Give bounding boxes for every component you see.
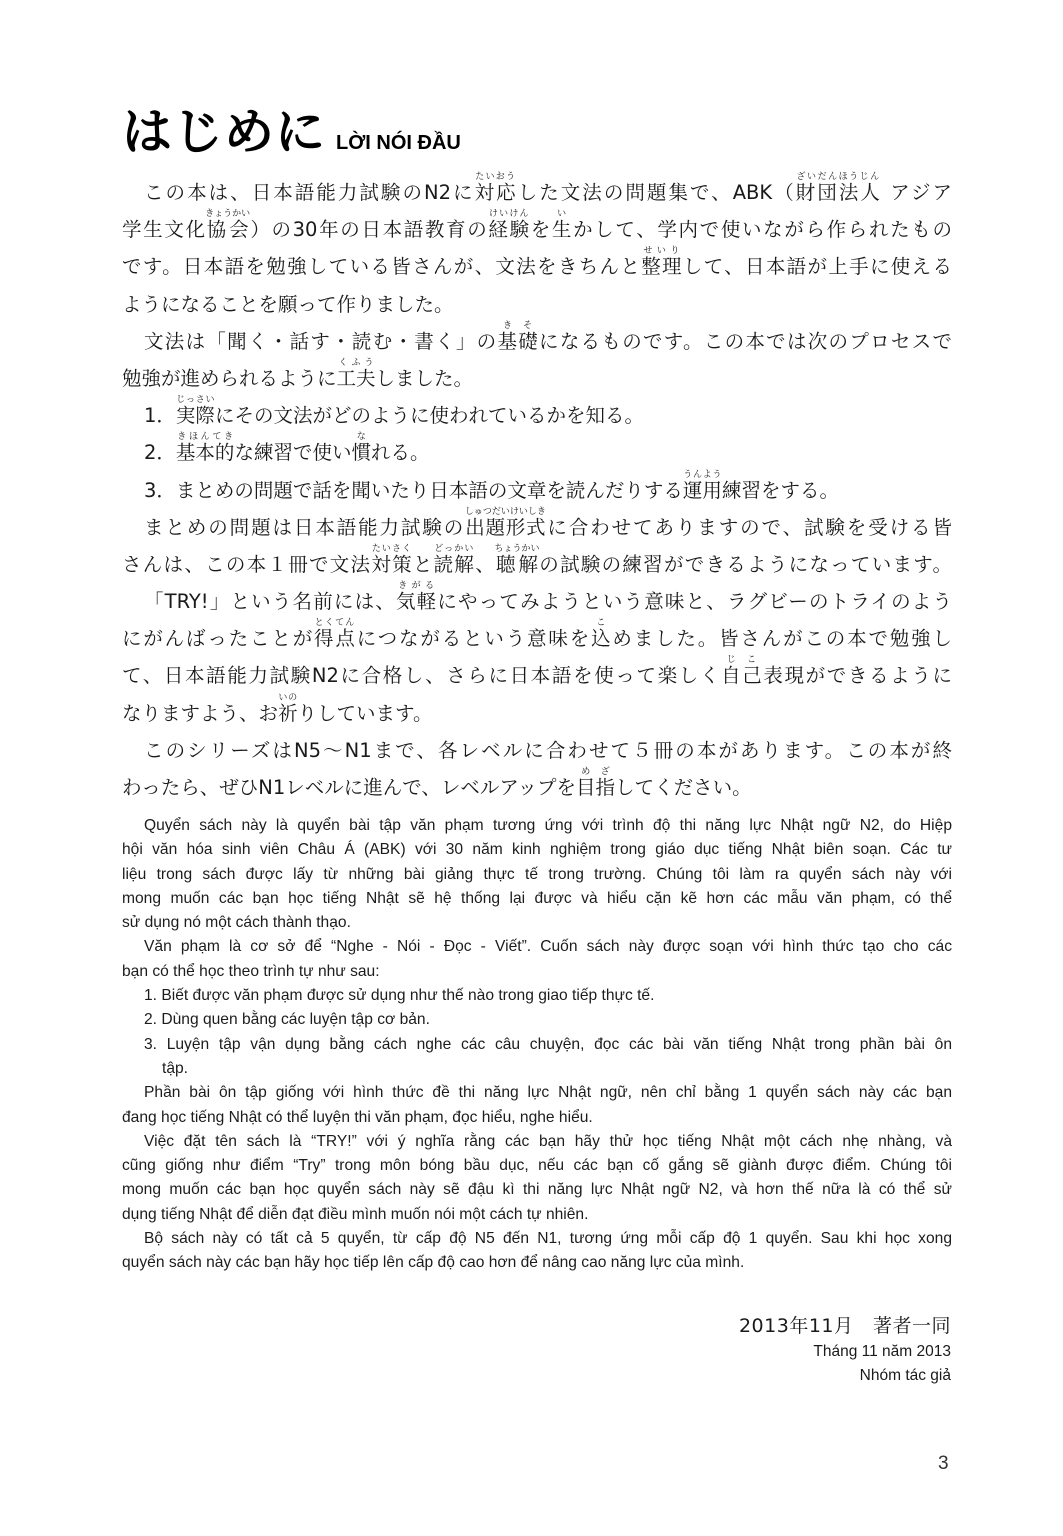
furigana-reading: たいおう (475, 172, 516, 182)
furigana-word: 聴解ちょうかい (496, 553, 538, 576)
furigana-reading: きょうかい (205, 209, 250, 219)
vietnamese-preface-body: Quyển sách này là quyển bài tập văn phạm… (122, 814, 952, 1276)
japanese-paragraph-line: 2．基本的きほんてきな練習で使い慣なれる。 (122, 430, 952, 467)
japanese-paragraph-line: このシリーズはN5～N1まで、各レベルに合わせて５冊の本があります。この本が終 (122, 728, 952, 765)
text-run: 3．まとめの問題で話を聞いたり日本語の文章を読んだりする (144, 479, 683, 502)
furigana-word: 経験けいけん (488, 218, 530, 241)
vietnamese-paragraph-line: 3. Luyện tập vận dụng bằng cách nghe các… (122, 1033, 952, 1057)
text-run: を (531, 218, 552, 241)
vietnamese-paragraph-line: bạn có thể học theo trình tự như sau: (122, 960, 952, 984)
text-run: になるものです。この本では次のプロセスで (539, 330, 952, 353)
japanese-paragraph-line: さんは、この本１冊で文法対策たいさくと読解どっかい、聴解ちょうかいの試験の練習が… (122, 542, 952, 579)
furigana-base: 慣 (351, 441, 371, 464)
japanese-paragraph-line: です。日本語を勉強している皆さんが、文法をきちんと整理せいりして、日本語が上手に… (122, 244, 952, 281)
furigana-word: 生い (552, 218, 573, 241)
furigana-word: 目指めざ (576, 776, 615, 799)
text-run: 学生文化 (122, 218, 207, 241)
furigana-reading: うんよう (683, 470, 722, 480)
furigana-base: 対策 (371, 553, 413, 576)
japanese-paragraph-line: 学生文化協会きょうかい）の30年の日本語教育の経験けいけんを生いかして、学内で使… (122, 207, 952, 244)
page-heading: はじめに LỜI NÓI ĐẦU (122, 104, 461, 160)
furigana-reading: じこ (721, 655, 762, 665)
vietnamese-paragraph-line: quyển sách này các bạn hãy học tiếp lên … (122, 1251, 952, 1275)
text-run: さんは、この本１冊で文法 (122, 553, 371, 576)
japanese-paragraph-line: 勉強が進められるように工夫くふうしました。 (122, 356, 952, 393)
page-title-vietnamese: LỜI NÓI ĐẦU (336, 132, 461, 154)
furigana-word: 慣な (351, 441, 371, 464)
vietnamese-paragraph-line: mong muốn các bạn học quyển sách này sẽ … (122, 1178, 952, 1202)
furigana-word: 協会きょうかい (207, 218, 249, 241)
text-run: この本は、日本語能力試験のN2に (144, 181, 475, 204)
vietnamese-paragraph-line: Quyển sách này là quyển bài tập văn phạm… (122, 814, 952, 838)
furigana-base: 経験 (488, 218, 530, 241)
furigana-reading: めざ (576, 767, 615, 777)
text-run: 文法は「聞く・話す・読む・書く」の (144, 330, 497, 353)
furigana-base: 基礎 (497, 330, 539, 353)
text-run: 1． (144, 404, 176, 427)
furigana-base: 運用 (683, 479, 722, 502)
vietnamese-paragraph-line: 2. Dùng quen bằng các luyện tập cơ bản. (122, 1008, 952, 1032)
vietnamese-paragraph-line: liệu trong sách được lấy từ những bài gi… (122, 863, 952, 887)
furigana-base: 気軽 (396, 590, 437, 613)
page-title-japanese: はじめに (122, 104, 326, 160)
vietnamese-paragraph-line: sử dụng nó một cách thành thạo. (122, 911, 952, 935)
vietnamese-paragraph-line: đang học tiếng Nhật có thể luyện thi văn… (122, 1106, 952, 1130)
furigana-base: 込 (591, 627, 612, 650)
furigana-base: 読解 (434, 553, 476, 576)
furigana-word: 対策たいさく (371, 553, 413, 576)
furigana-base: 基本的 (176, 441, 235, 464)
furigana-base: 整理 (641, 255, 683, 278)
signature-date-vietnamese: Tháng 11 năm 2013 (739, 1340, 951, 1364)
vietnamese-paragraph-line: cũng giống như điểm “Try” trong môn bóng… (122, 1154, 952, 1178)
vietnamese-paragraph-line: Văn phạm là cơ sở để “Nghe - Nói - Đọc -… (122, 935, 952, 959)
vietnamese-paragraph-line: Phần bài ôn tập giống với hình thức đề t… (122, 1081, 952, 1105)
text-run: て、日本語能力試験N2に合格し、さらに日本語を使って楽しく (122, 664, 721, 687)
text-run: ）の30年の日本語教育の (249, 218, 489, 241)
text-run: このシリーズはN5～N1まで、各レベルに合わせて５冊の本があります。この本が終 (144, 739, 952, 762)
japanese-paragraph-line: この本は、日本語能力試験のN2に対応たいおうした文法の問題集で、ABK（財団法人… (122, 170, 952, 207)
text-run: かして、学内で使いながら作られたもの (573, 218, 952, 241)
text-run: に合わせてありますので、試験を受ける皆 (545, 516, 952, 539)
furigana-word: 祈いの (278, 702, 298, 725)
japanese-preface-body: この本は、日本語能力試験のN2に対応たいおうした文法の問題集で、ABK（財団法人… (122, 170, 952, 802)
furigana-reading: たいさく (371, 544, 411, 554)
furigana-word: 整理せいり (641, 255, 683, 278)
japanese-paragraph-line: ようになることを願って作りました。 (122, 282, 952, 319)
furigana-word: 気軽きがる (396, 590, 437, 613)
signature-block: 2013年11月 著者一同 Tháng 11 năm 2013 Nhóm tác… (739, 1312, 951, 1388)
text-run: 2． (144, 441, 176, 464)
furigana-base: 自己 (721, 664, 763, 687)
text-run: アジア (882, 181, 952, 204)
furigana-reading: な (351, 432, 371, 442)
text-run: してください。 (615, 776, 752, 799)
page-number: 3 (938, 1453, 949, 1475)
text-run: した文法の問題集で、ABK（ (518, 181, 796, 204)
furigana-base: 実際 (176, 404, 215, 427)
vietnamese-paragraph-line: Việc đặt tên sách là “TRY!” với ý nghĩa … (122, 1130, 952, 1154)
text-run: りしています。 (298, 702, 433, 725)
furigana-reading: しゅつだいけいしき (465, 507, 546, 517)
furigana-reading: せいり (641, 246, 681, 256)
furigana-base: 対応 (475, 181, 518, 204)
text-run: めました。皆さんがこの本で勉強し (612, 627, 952, 650)
text-run: 「TRY!」という名前には、 (144, 590, 396, 613)
text-run: と (413, 553, 434, 576)
text-run: にその文法がどのように使われているかを知る。 (215, 404, 644, 427)
furigana-reading: こ (591, 618, 611, 628)
text-run: の試験の練習ができるようになっています。 (538, 553, 952, 576)
furigana-word: 財団法人ざいだんほうじん (796, 181, 882, 204)
vietnamese-paragraph-line: Bộ sách này có tất cả 5 quyển, từ cấp độ… (122, 1227, 952, 1251)
text-run: なりますよう、お (122, 702, 278, 725)
furigana-reading: けいけん (488, 209, 529, 219)
furigana-reading: きがる (396, 581, 436, 591)
furigana-base: 目指 (576, 776, 615, 799)
vietnamese-paragraph-line: tập. (122, 1057, 952, 1081)
signature-japanese: 2013年11月 著者一同 (739, 1312, 951, 1340)
japanese-paragraph-line: 「TRY!」という名前には、気軽きがるにやってみようという意味と、ラグビーのトラ… (122, 579, 952, 616)
furigana-base: 財団法人 (796, 181, 882, 204)
furigana-reading: ざいだんほうじん (796, 172, 880, 182)
text-run: 、 (475, 553, 496, 576)
furigana-word: 込こ (591, 627, 612, 650)
furigana-word: 対応たいおう (475, 181, 518, 204)
text-run: につながるという意味を (357, 627, 591, 650)
furigana-word: 運用うんよう (683, 479, 722, 502)
furigana-base: 聴解 (495, 553, 540, 576)
text-run: ようになることを願って作りました。 (122, 293, 454, 316)
vietnamese-paragraph-line: dụng tiếng Nhật để diễn đạt điều mình mu… (122, 1203, 952, 1227)
furigana-base: 出題形式 (465, 516, 546, 539)
furigana-base: 協会 (205, 218, 250, 241)
furigana-reading: くふう (337, 358, 376, 368)
text-run: まとめの問題は日本語能力試験の (144, 516, 465, 539)
signature-authors-vietnamese: Nhóm tác giả (739, 1364, 951, 1388)
furigana-reading: い (552, 209, 572, 219)
furigana-reading: いの (278, 693, 298, 703)
furigana-word: 出題形式しゅつだいけいしき (465, 516, 545, 539)
japanese-paragraph-line: 3．まとめの問題で話を聞いたり日本語の文章を読んだりする運用うんよう練習をする。 (122, 468, 952, 505)
furigana-reading: ちょうかい (495, 544, 540, 554)
furigana-word: 自己じこ (721, 664, 763, 687)
furigana-reading: じっさい (176, 395, 215, 405)
book-page: はじめに LỜI NÓI ĐẦU この本は、日本語能力試験のN2に対応たいおうし… (0, 0, 1063, 1536)
furigana-word: 読解どっかい (434, 553, 476, 576)
furigana-word: 工夫くふう (337, 367, 376, 390)
text-run: です。日本語を勉強している皆さんが、文法をきちんと (122, 255, 641, 278)
text-run: 練習をする。 (722, 479, 839, 502)
vietnamese-paragraph-line: 1. Biết được văn phạm được sử dụng như t… (122, 984, 952, 1008)
furigana-base: 得点 (314, 627, 357, 650)
japanese-paragraph-line: なりますよう、お祈いのりしています。 (122, 691, 952, 728)
vietnamese-paragraph-line: mong muốn các bạn học tiếng Nhật sẽ hệ t… (122, 887, 952, 911)
text-run: わったら、ぜひN1レベルに進んで、レベルアップを (122, 776, 576, 799)
text-run: な練習で使い (234, 441, 351, 464)
japanese-paragraph-line: 文法は「聞く・話す・読む・書く」の基礎きそになるものです。この本では次のプロセス… (122, 319, 952, 356)
japanese-paragraph-line: わったら、ぜひN1レベルに進んで、レベルアップを目指めざしてください。 (122, 765, 952, 802)
furigana-base: 生 (552, 218, 573, 241)
text-run: して、日本語が上手に使える (683, 255, 952, 278)
text-run: にやってみようという意味と、ラグビーのトライのよう (437, 590, 952, 613)
text-run: れる。 (371, 441, 430, 464)
text-run: 勉強が進められるように (122, 367, 337, 390)
furigana-reading: どっかい (434, 544, 474, 554)
furigana-reading: きほんてき (176, 432, 235, 442)
japanese-paragraph-line: 1．実際じっさいにその文法がどのように使われているかを知る。 (122, 393, 952, 430)
text-run: にがんばったことが (122, 627, 314, 650)
furigana-base: 工夫 (337, 367, 376, 390)
furigana-word: 基礎きそ (497, 330, 539, 353)
furigana-reading: とくてん (314, 618, 355, 628)
furigana-reading: きそ (497, 321, 537, 331)
furigana-word: 実際じっさい (176, 404, 215, 427)
furigana-base: 祈 (278, 702, 298, 725)
vietnamese-paragraph-line: hội văn hóa sinh viên Châu Á (ABK) với 3… (122, 838, 952, 862)
text-run: しました。 (376, 367, 474, 390)
japanese-paragraph-line: て、日本語能力試験N2に合格し、さらに日本語を使って楽しく自己じこ表現ができるよ… (122, 653, 952, 690)
furigana-word: 基本的きほんてき (176, 441, 235, 464)
japanese-paragraph-line: にがんばったことが得点とくてんにつながるという意味を込こめました。皆さんがこの本… (122, 616, 952, 653)
furigana-word: 得点とくてん (314, 627, 357, 650)
japanese-paragraph-line: まとめの問題は日本語能力試験の出題形式しゅつだいけいしきに合わせてありますので、… (122, 505, 952, 542)
text-run: 表現ができるように (763, 664, 952, 687)
